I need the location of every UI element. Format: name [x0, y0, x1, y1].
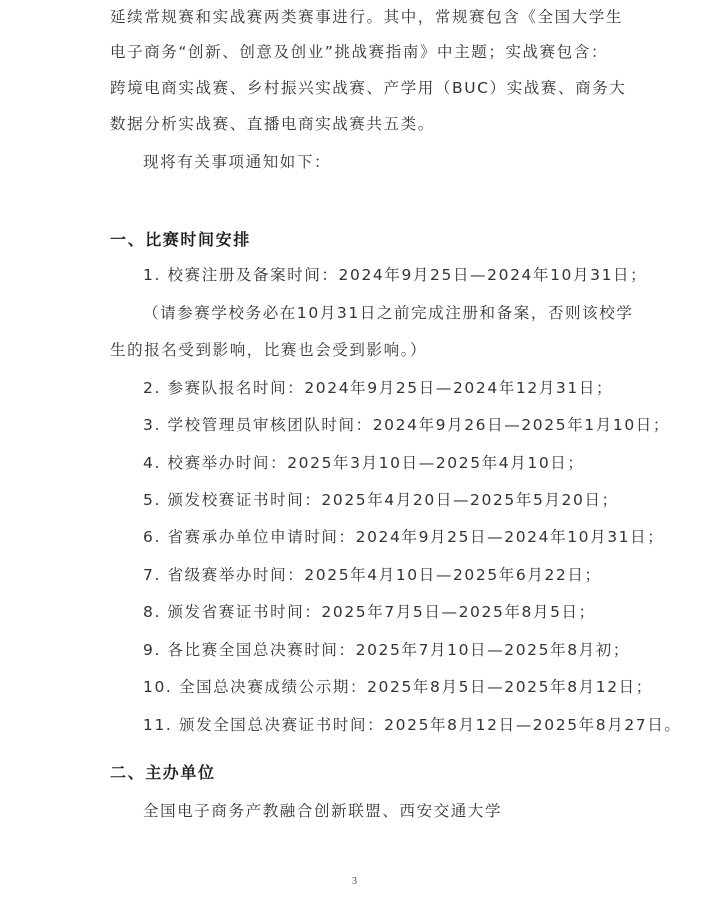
- schedule-item-6: 6. 省赛承办单位申请时间：2024年9月25日—2024年10月31日；: [143, 527, 664, 547]
- section-heading-organizer: 二、主办单位: [110, 763, 216, 783]
- schedule-item-10: 10. 全国总决赛成绩公示期：2025年8月5日—2025年8月12日；: [143, 677, 653, 697]
- section-heading-schedule: 一、比赛时间安排: [110, 230, 251, 250]
- schedule-item-11: 11. 颁发全国总决赛证书时间：2025年8月12日—2025年8月27日。: [143, 715, 681, 735]
- schedule-item-1: 1. 校赛注册及备案时间：2024年9月25日—2024年10月31日；: [143, 265, 647, 285]
- intro-line-2: 电子商务“创新、创意及创业”挑战赛指南》中主题；实战赛包含：: [110, 42, 608, 62]
- document-page: 延续常规赛和实战赛两类赛事进行。其中，常规赛包含《全国大学生 电子商务“创新、创…: [0, 0, 720, 903]
- schedule-item-7: 7. 省级赛举办时间：2025年4月10日—2025年6月22日；: [143, 565, 602, 585]
- organizer-text: 全国电子商务产教融合创新联盟、西安交通大学: [143, 801, 502, 821]
- schedule-note-1: （请参赛学校务必在10月31日之前完成注册和备案，否则该校学: [143, 303, 633, 323]
- schedule-item-4: 4. 校赛举办时间：2025年3月10日—2025年4月10日；: [143, 453, 584, 473]
- intro-line-1: 延续常规赛和实战赛两类赛事进行。其中，常规赛包含《全国大学生: [110, 7, 623, 27]
- schedule-item-3: 3. 学校管理员审核团队时间：2024年9月26日—2025年1月10日；: [143, 415, 670, 435]
- notice-line: 现将有关事项通知如下：: [143, 152, 331, 172]
- schedule-item-8: 8. 颁发省赛证书时间：2025年7月5日—2025年8月5日；: [143, 602, 596, 622]
- page-number: 3: [352, 876, 357, 887]
- schedule-item-2: 2. 参赛队报名时间：2024年9月25日—2024年12月31日；: [143, 378, 613, 398]
- schedule-item-5: 5. 颁发校赛证书时间：2025年4月20日—2025年5月20日；: [143, 490, 619, 510]
- schedule-note-2: 生的报名受到影响，比赛也会受到影响。）: [110, 340, 427, 360]
- intro-line-4: 数据分析实战赛、直播电商实战赛共五类。: [110, 114, 435, 134]
- schedule-item-9: 9. 各比赛全国总决赛时间：2025年7月10日—2025年8月初；: [143, 640, 630, 660]
- intro-line-3: 跨境电商实战赛、乡村振兴实战赛、产学用（BUC）实战赛、商务大: [110, 78, 626, 98]
